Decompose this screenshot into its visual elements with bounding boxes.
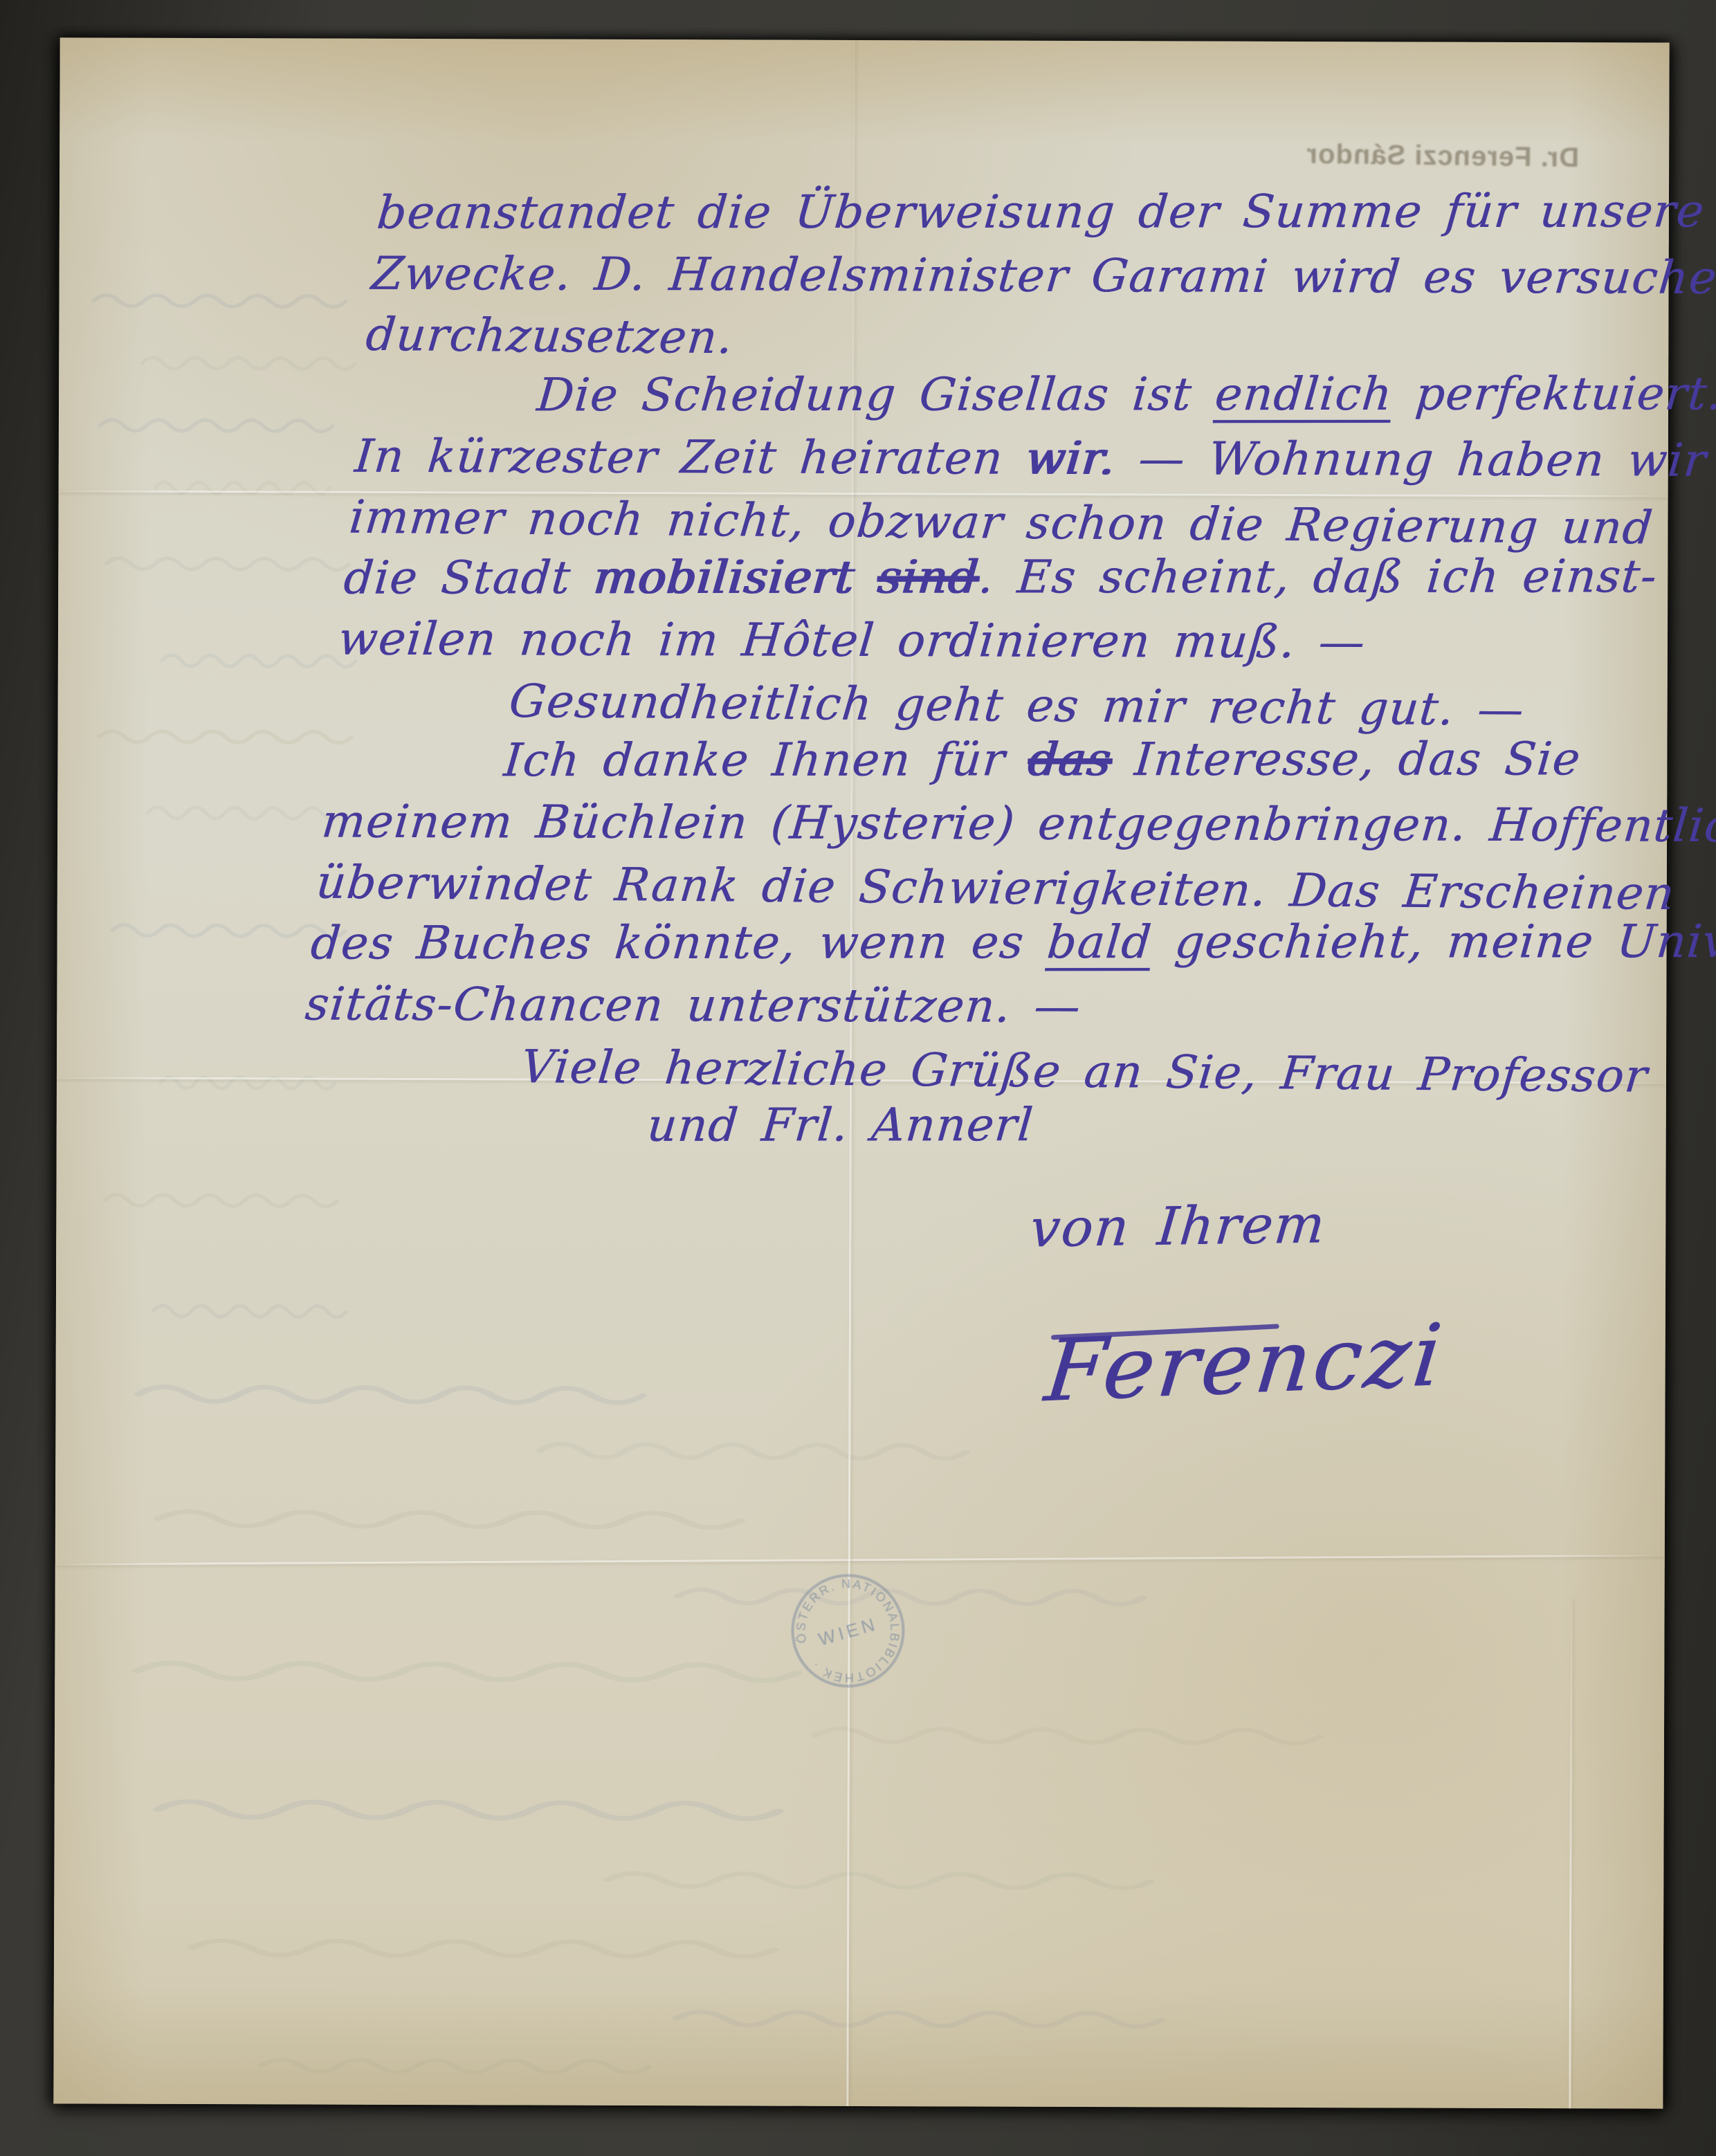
handwriting-segment: meinem Büchlein (Hysterie) entgegenbring… xyxy=(320,795,1716,853)
handwriting-segment: des Buches könnte, wenn es xyxy=(309,915,1050,969)
handwriting-line: Zwecke. D. Handelsminister Garami wird e… xyxy=(369,244,1627,309)
handwriting-segment: sind xyxy=(875,551,980,604)
paper-shading-bottom xyxy=(53,1986,1663,2108)
handwriting-segment: In kürzester Zeit heiraten xyxy=(353,430,1029,485)
handwriting-segment: geschieht, meine Univer- xyxy=(1149,915,1716,969)
fold-crease-vertical-right xyxy=(1569,1599,1572,2108)
handwriting-line: Ich danke Ihnen für das Interesse, das S… xyxy=(325,729,1582,791)
handwriting-segment: sitäts-Chancen unterstützen. — xyxy=(303,977,1084,1032)
paper-shading-left xyxy=(53,37,149,2103)
handwriting-segment: . Es scheint, daß ich einst- xyxy=(976,549,1659,603)
handwriting-line: meinem Büchlein (Hysterie) entgegenbring… xyxy=(319,792,1577,857)
closing-line: von Ihrem xyxy=(1028,1193,1329,1259)
handwriting-line: und Frl. Annerl xyxy=(292,1094,1550,1156)
handwriting-segment: das xyxy=(1026,733,1114,786)
handwriting-segment: perfektuiert. xyxy=(1390,367,1716,421)
handwriting-segment: Viele herzliche Grüße an Sie, Frau Profe… xyxy=(519,1040,1650,1103)
scan-background: Dr. Ferenczi Sándor beanstandet die Über… xyxy=(0,0,1716,2156)
handwriting-segment: Zwecke. D. Handelsminister Garami wird e… xyxy=(369,247,1716,304)
handwriting-line: sitäts-Chancen unterstützen. — xyxy=(302,974,1560,1039)
stamp-center-text: WIEN xyxy=(816,1613,880,1650)
letter-page: Dr. Ferenczi Sándor beanstandet die Über… xyxy=(53,37,1669,2108)
handwriting-segment: überwindet Rank die Schwierigkeiten. Das… xyxy=(314,856,1678,920)
handwriting-line: die Stadt mobilisiert sind. Es scheint, … xyxy=(341,546,1599,608)
handwriting-segment: mobilisiert xyxy=(592,551,857,604)
handwriting-line: des Buches könnte, wenn es bald geschieh… xyxy=(309,911,1567,974)
handwriting-segment: durchzusetzen. xyxy=(363,308,736,364)
handwriting-segment: die Stadt xyxy=(342,551,596,604)
letterhead-bleedthrough-text: Dr. Ferenczi Sándor xyxy=(1344,138,1580,174)
handwriting-segment: Gesundheitlich geht es mir recht gut. — xyxy=(506,675,1526,736)
handwriting-segment: bald xyxy=(1045,915,1154,969)
signature-ferenczi: Ferenczi xyxy=(1041,1304,1449,1423)
handwriting-segment: endlich xyxy=(1213,367,1395,421)
handwriting-segment: und Frl. Annerl xyxy=(645,1098,1035,1152)
handwriting-segment: weilen noch im Hôtel ordinieren muß. — xyxy=(336,612,1368,669)
handwriting-segment: Ich danke Ihnen für xyxy=(502,733,1031,787)
handwriting-segment: wir. xyxy=(1024,432,1118,485)
handwriting-segment: Die Scheidung Gisellas ist xyxy=(535,367,1218,421)
handwriting-line: weilen noch im Hôtel ordinieren muß. — xyxy=(336,609,1594,674)
handwriting-line: beanstandet die Überweisung der Summe fü… xyxy=(374,181,1632,244)
letter-body: beanstandet die Überweisung der Summe fü… xyxy=(291,183,1632,1160)
handwriting-segment: — Wohnung haben wir xyxy=(1113,432,1709,487)
handwriting-line: Die Scheidung Gisellas ist endlich perfe… xyxy=(358,364,1616,426)
library-stamp: ÖSTERR. NATIONALBIBLIOTHEK · WIEN xyxy=(754,1537,942,1725)
handwriting-segment: immer noch nicht, obzwar schon die Regie… xyxy=(347,491,1656,555)
handwriting-segment: beanstandet die Überweisung der Summe fü… xyxy=(375,184,1707,239)
handwriting-segment: Interesse, das Sie xyxy=(1109,732,1583,786)
handwriting-line: In kürzester Zeit heiraten wir. — Wohnun… xyxy=(352,426,1610,491)
